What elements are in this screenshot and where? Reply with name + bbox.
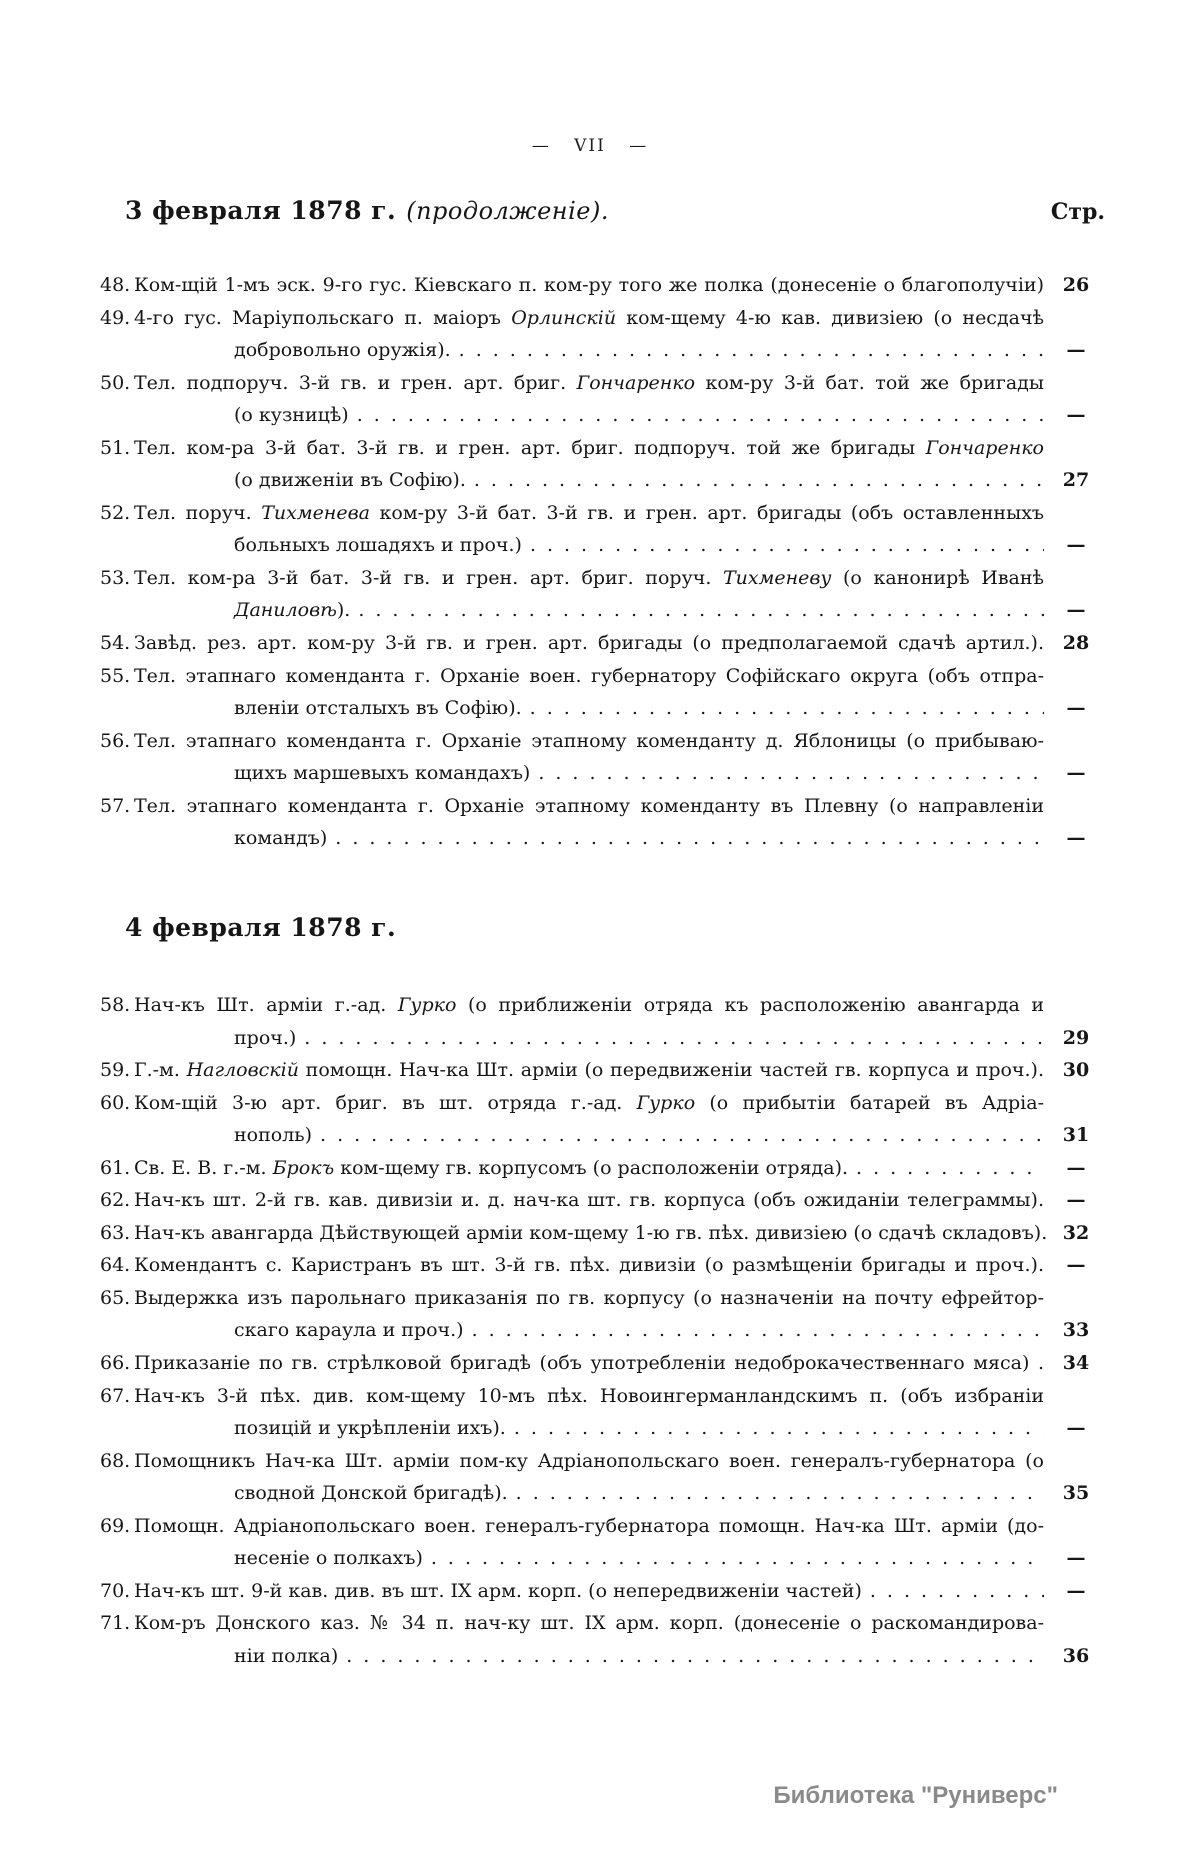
section1-date: 3 февраля 1878 г.: [125, 196, 396, 225]
entry-number: 69.: [100, 1510, 134, 1543]
toc-line: командъ)................................…: [100, 822, 1108, 855]
entry-text: Тел. ком-ра 3-й бат. 3-й гв. и грен. арт…: [134, 432, 1044, 465]
toc-line: Даниловѣ)...............................…: [100, 594, 1108, 627]
entry-text: (о движеніи въ Софію).: [134, 464, 466, 497]
entry-text: Г.-м. Нагловскій помощн. Нач-ка Шт. армі…: [134, 1054, 1044, 1087]
entry-number: 60.: [100, 1087, 134, 1120]
entry-number: 48.: [100, 269, 134, 302]
entry-text: добровольно оружія).: [134, 334, 451, 367]
section2-date-heading: 4 февраля 1878 г.: [125, 913, 396, 942]
toc-line: 59.Г.-м. Нагловскій помощн. Нач-ка Шт. а…: [100, 1054, 1108, 1087]
entry-text: Нач-къ Шт. арміи г.-ад. Гурко (о приближ…: [134, 989, 1044, 1022]
entry-text: командъ): [134, 822, 327, 855]
page-number: —: [1044, 334, 1108, 367]
toc-entry: 57.Тел. этапнаго коменданта г. Орханіе э…: [100, 790, 1108, 855]
toc-line: ніи полка)..............................…: [100, 1640, 1108, 1673]
leader-dots: ........................................…: [423, 1542, 1044, 1575]
page-number: 35: [1044, 1477, 1108, 1510]
toc-entry: 71.Ком-ръ Донского каз. № 34 п. нач-ку ш…: [100, 1607, 1108, 1672]
leader-dots: ........................................…: [312, 1119, 1044, 1152]
section1-date-heading: 3 февраля 1878 г.(продолженіе).: [125, 196, 609, 225]
toc-line: 50.Тел. подпоруч. 3-й гв. и грен. арт. б…: [100, 367, 1108, 400]
page-number: 30: [1044, 1054, 1108, 1087]
toc-line: сводной Донской бригадѣ)................…: [100, 1477, 1108, 1510]
entry-text: Приказаніе по гв. стрѣлковой бригадѣ (об…: [134, 1347, 1044, 1380]
toc-line: 53.Тел. ком-ра 3-й бат. 3-й гв. и грен. …: [100, 562, 1108, 595]
entry-number: 68.: [100, 1445, 134, 1478]
page-number: 29: [1044, 1022, 1108, 1055]
toc-entry: 68.Помощникъ Нач-ка Шт. арміи пом-ку Адр…: [100, 1445, 1108, 1510]
page-column-header: Стр.: [1051, 199, 1105, 225]
entry-text: Помощн. Адріанопольскаго воен. генералъ-…: [134, 1510, 1044, 1543]
toc-entry: 58.Нач-къ Шт. арміи г.-ад. Гурко (о приб…: [100, 989, 1108, 1054]
scanned-page: — VII — 3 февраля 1878 г.(продолженіе). …: [0, 0, 1180, 1849]
leader-dots: ........................................…: [338, 1640, 1044, 1673]
entry-text: Даниловѣ).: [134, 594, 350, 627]
leader-dots: ........................................…: [522, 692, 1044, 725]
page-number: 34: [1044, 1347, 1108, 1380]
entry-text: Тел. ком-ра 3-й бат. 3-й гв. и грен. арт…: [134, 562, 1044, 595]
toc-line: 63.Нач-къ авангарда Дѣйствующей арміи ко…: [100, 1217, 1108, 1250]
toc-line: 62.Нач-къ шт. 2-й гв. кав. дивизіи и. д.…: [100, 1184, 1108, 1217]
page-marker: — VII —: [0, 136, 1180, 156]
entry-text: Нач-къ авангарда Дѣйствующей арміи ком-щ…: [134, 1217, 1044, 1250]
toc-line: 48.Ком-щій 1-мъ эск. 9-го гус. Кіевскаго…: [100, 269, 1108, 302]
toc-line: 66.Приказаніе по гв. стрѣлковой бригадѣ …: [100, 1347, 1108, 1380]
page-number: —: [1044, 399, 1108, 432]
page-number: —: [1044, 1575, 1108, 1608]
entry-text: позицій и укрѣпленіи ихъ).: [134, 1412, 506, 1445]
entry-text: сводной Донской бригадѣ).: [134, 1477, 508, 1510]
page-number: —: [1044, 1542, 1108, 1575]
page-number: —: [1044, 757, 1108, 790]
toc-entry: 65.Выдержка изъ парольнаго приказанія по…: [100, 1282, 1108, 1347]
entry-number: 49.: [100, 302, 134, 335]
entry-text: несеніе о полкахъ): [134, 1542, 423, 1575]
entry-number: 71.: [100, 1607, 134, 1640]
toc-line: скаго караула и проч.)..................…: [100, 1314, 1108, 1347]
toc-line: позицій и укрѣпленіи ихъ)...............…: [100, 1412, 1108, 1445]
toc-line: щихъ маршевыхъ командахъ)...............…: [100, 757, 1108, 790]
toc-line: 52.Тел. поруч. Тихменева ком-ру 3-й бат.…: [100, 497, 1108, 530]
toc-entry: 48.Ком-щій 1-мъ эск. 9-го гус. Кіевскаго…: [100, 269, 1108, 302]
toc-line: несеніе о полкахъ)......................…: [100, 1542, 1108, 1575]
toc-entry: 54.Завѣд. рез. арт. ком-ру 3-й гв. и гре…: [100, 627, 1108, 660]
page-number: —: [1044, 1152, 1108, 1185]
entry-text: Помощникъ Нач-ка Шт. арміи пом-ку Адріан…: [134, 1445, 1044, 1478]
toc-entry: 60.Ком-щій 3-ю арт. бриг. въ шт. отряда …: [100, 1087, 1108, 1152]
page-number: —: [1044, 1249, 1108, 1282]
toc-section-feb4: 58.Нач-къ Шт. арміи г.-ад. Гурко (о приб…: [100, 989, 1108, 1672]
toc-line: 68.Помощникъ Нач-ка Шт. арміи пом-ку Адр…: [100, 1445, 1108, 1478]
entry-text: Ком-ръ Донского каз. № 34 п. нач-ку шт. …: [134, 1607, 1044, 1640]
page-number: 33: [1044, 1314, 1108, 1347]
toc-line: 57.Тел. этапнаго коменданта г. Орханіе э…: [100, 790, 1108, 823]
leader-dots: ........................................…: [327, 822, 1044, 855]
entry-text: Ком-щій 1-мъ эск. 9-го гус. Кіевскаго п.…: [134, 269, 1044, 302]
entry-number: 53.: [100, 562, 134, 595]
entry-text: Выдержка изъ парольнаго приказанія по гв…: [134, 1282, 1044, 1315]
toc-line: 55.Тел. этапнаго коменданта г. Орханіе в…: [100, 660, 1108, 693]
page-number: 27: [1044, 464, 1108, 497]
leader-dots: ........................................…: [506, 1412, 1044, 1445]
leader-dots: ........................................…: [862, 1575, 1044, 1608]
entry-text: Тел. этапнаго коменданта г. Орханіе этап…: [134, 790, 1044, 823]
toc-line: 67.Нач-къ 3-й пѣх. див. ком-щему 10-мъ п…: [100, 1380, 1108, 1413]
toc-line: (о движеніи въ Софію)...................…: [100, 464, 1108, 497]
entry-number: 63.: [100, 1217, 134, 1250]
entry-text: Тел. поруч. Тихменева ком-ру 3-й бат. 3-…: [134, 497, 1044, 530]
toc-line: добровольно оружія).....................…: [100, 334, 1108, 367]
page-number: —: [1044, 822, 1108, 855]
toc-entry: 63.Нач-къ авангарда Дѣйствующей арміи ко…: [100, 1217, 1108, 1250]
leader-dots: ........................................…: [848, 1152, 1044, 1185]
entry-text: Ком-щій 3-ю арт. бриг. въ шт. отряда г.-…: [134, 1087, 1044, 1120]
toc-entry: 64.Комендантъ с. Каристранъ въ шт. 3-й г…: [100, 1249, 1108, 1282]
toc-line: 69.Помощн. Адріанопольскаго воен. генера…: [100, 1510, 1108, 1543]
toc-line: 65.Выдержка изъ парольнаго приказанія по…: [100, 1282, 1108, 1315]
toc-entry: 62.Нач-къ шт. 2-й гв. кав. дивизіи и. д.…: [100, 1184, 1108, 1217]
entry-text: Нач-къ шт. 9-й кав. див. въ шт. IX арм. …: [134, 1575, 862, 1608]
entry-text: больныхъ лошадяхъ и проч.): [134, 529, 522, 562]
entry-text: нополь): [134, 1119, 312, 1152]
entry-number: 61.: [100, 1152, 134, 1185]
leader-dots: ........................................…: [451, 334, 1044, 367]
entry-text: Св. Е. В. г.-м. Брокъ ком-щему гв. корпу…: [134, 1152, 848, 1185]
page-number: 36: [1044, 1640, 1108, 1673]
leader-dots: ........................................…: [296, 1022, 1044, 1055]
toc-entry: 55.Тел. этапнаго коменданта г. Орханіе в…: [100, 660, 1108, 725]
toc-section-feb3: 48.Ком-щій 1-мъ эск. 9-го гус. Кіевскаго…: [100, 269, 1108, 855]
library-watermark: Библиотека "Руниверс": [773, 1782, 1058, 1810]
toc-entry: 69.Помощн. Адріанопольскаго воен. генера…: [100, 1510, 1108, 1575]
toc-line: 61.Св. Е. В. г.-м. Брокъ ком-щему гв. ко…: [100, 1152, 1108, 1185]
entry-number: 56.: [100, 725, 134, 758]
page-number: —: [1044, 1412, 1108, 1445]
toc-entry: 51.Тел. ком-ра 3-й бат. 3-й гв. и грен. …: [100, 432, 1108, 497]
entry-number: 54.: [100, 627, 134, 660]
toc-line: 54.Завѣд. рез. арт. ком-ру 3-й гв. и гре…: [100, 627, 1108, 660]
toc-entry: 67.Нач-къ 3-й пѣх. див. ком-щему 10-мъ п…: [100, 1380, 1108, 1445]
entry-text: Нач-къ 3-й пѣх. див. ком-щему 10-мъ пѣх.…: [134, 1380, 1044, 1413]
toc-line: (о кузницѣ).............................…: [100, 399, 1108, 432]
entry-number: 66.: [100, 1347, 134, 1380]
toc-line: 51.Тел. ком-ра 3-й бат. 3-й гв. и грен. …: [100, 432, 1108, 465]
page-number: 31: [1044, 1119, 1108, 1152]
toc-line: нополь).................................…: [100, 1119, 1108, 1152]
entry-text: скаго караула и проч.): [134, 1314, 464, 1347]
entry-number: 57.: [100, 790, 134, 823]
entry-text: Тел. этапнаго коменданта г. Орханіе этап…: [134, 725, 1044, 758]
page-number: 26: [1044, 269, 1108, 302]
leader-dots: ........................................…: [464, 1314, 1044, 1347]
toc-line: 64.Комендантъ с. Каристранъ въ шт. 3-й г…: [100, 1249, 1108, 1282]
entry-text: Нач-къ шт. 2-й гв. кав. дивизіи и. д. на…: [134, 1184, 1044, 1217]
toc-entry: 61.Св. Е. В. г.-м. Брокъ ком-щему гв. ко…: [100, 1152, 1108, 1185]
entry-text: проч.): [134, 1022, 296, 1055]
page-number: —: [1044, 594, 1108, 627]
toc-line: проч.)..................................…: [100, 1022, 1108, 1055]
toc-entry: 70.Нач-къ шт. 9-й кав. див. въ шт. IX ар…: [100, 1575, 1108, 1608]
section1-date-suffix: (продолженіе).: [406, 197, 609, 225]
entry-number: 58.: [100, 989, 134, 1022]
toc-entry: 59.Г.-м. Нагловскій помощн. Нач-ка Шт. а…: [100, 1054, 1108, 1087]
entry-text: Тел. подпоруч. 3-й гв. и грен. арт. бриг…: [134, 367, 1044, 400]
toc-line: 60.Ком-щій 3-ю арт. бриг. въ шт. отряда …: [100, 1087, 1108, 1120]
entry-number: 64.: [100, 1249, 134, 1282]
entry-number: 62.: [100, 1184, 134, 1217]
leader-dots: ........................................…: [522, 529, 1044, 562]
toc-entry: 66.Приказаніе по гв. стрѣлковой бригадѣ …: [100, 1347, 1108, 1380]
toc-entry: 56.Тел. этапнаго коменданта г. Орханіе э…: [100, 725, 1108, 790]
toc-entry: 50.Тел. подпоруч. 3-й гв. и грен. арт. б…: [100, 367, 1108, 432]
page-number: —: [1044, 529, 1108, 562]
entry-number: 70.: [100, 1575, 134, 1608]
page-number: —: [1044, 1184, 1108, 1217]
entry-number: 50.: [100, 367, 134, 400]
entry-text: ніи полка): [134, 1640, 338, 1673]
entry-number: 52.: [100, 497, 134, 530]
toc-entry: 53.Тел. ком-ра 3-й бат. 3-й гв. и грен. …: [100, 562, 1108, 627]
entry-number: 67.: [100, 1380, 134, 1413]
toc-line: 70.Нач-къ шт. 9-й кав. див. въ шт. IX ар…: [100, 1575, 1108, 1608]
leader-dots: ........................................…: [530, 757, 1044, 790]
entry-text: 4-го гус. Маріупольскаго п. маіоръ Орлин…: [134, 302, 1044, 335]
toc-line: 71.Ком-ръ Донского каз. № 34 п. нач-ку ш…: [100, 1607, 1108, 1640]
leader-dots: ........................................…: [508, 1477, 1044, 1510]
leader-dots: ........................................…: [350, 594, 1044, 627]
entry-number: 65.: [100, 1282, 134, 1315]
toc-line: больныхъ лошадяхъ и проч.)..............…: [100, 529, 1108, 562]
entry-number: 51.: [100, 432, 134, 465]
entry-number: 55.: [100, 660, 134, 693]
toc-entry: 49.4-го гус. Маріупольскаго п. маіоръ Ор…: [100, 302, 1108, 367]
entry-text: Тел. этапнаго коменданта г. Орханіе воен…: [134, 660, 1044, 693]
leader-dots: ........................................…: [466, 464, 1044, 497]
toc-entry: 52.Тел. поруч. Тихменева ком-ру 3-й бат.…: [100, 497, 1108, 562]
toc-line: 58.Нач-къ Шт. арміи г.-ад. Гурко (о приб…: [100, 989, 1108, 1022]
entry-text: Завѣд. рез. арт. ком-ру 3-й гв. и грен. …: [134, 627, 1044, 660]
entry-text: вленіи отсталыхъ въ Софію).: [134, 692, 522, 725]
toc-line: 56.Тел. этапнаго коменданта г. Орханіе э…: [100, 725, 1108, 758]
entry-number: 59.: [100, 1054, 134, 1087]
page-number: —: [1044, 692, 1108, 725]
toc-line: 49.4-го гус. Маріупольскаго п. маіоръ Ор…: [100, 302, 1108, 335]
entry-text: Комендантъ с. Каристранъ въ шт. 3-й гв. …: [134, 1249, 1044, 1282]
entry-text: (о кузницѣ): [134, 399, 349, 432]
toc-line: вленіи отсталыхъ въ Софію)..............…: [100, 692, 1108, 725]
section1-heading-row: 3 февраля 1878 г.(продолженіе). Стр.: [125, 196, 1105, 225]
page-number: 32: [1044, 1217, 1108, 1250]
leader-dots: ........................................…: [349, 399, 1044, 432]
entry-text: щихъ маршевыхъ командахъ): [134, 757, 530, 790]
page-number: 28: [1044, 627, 1108, 660]
